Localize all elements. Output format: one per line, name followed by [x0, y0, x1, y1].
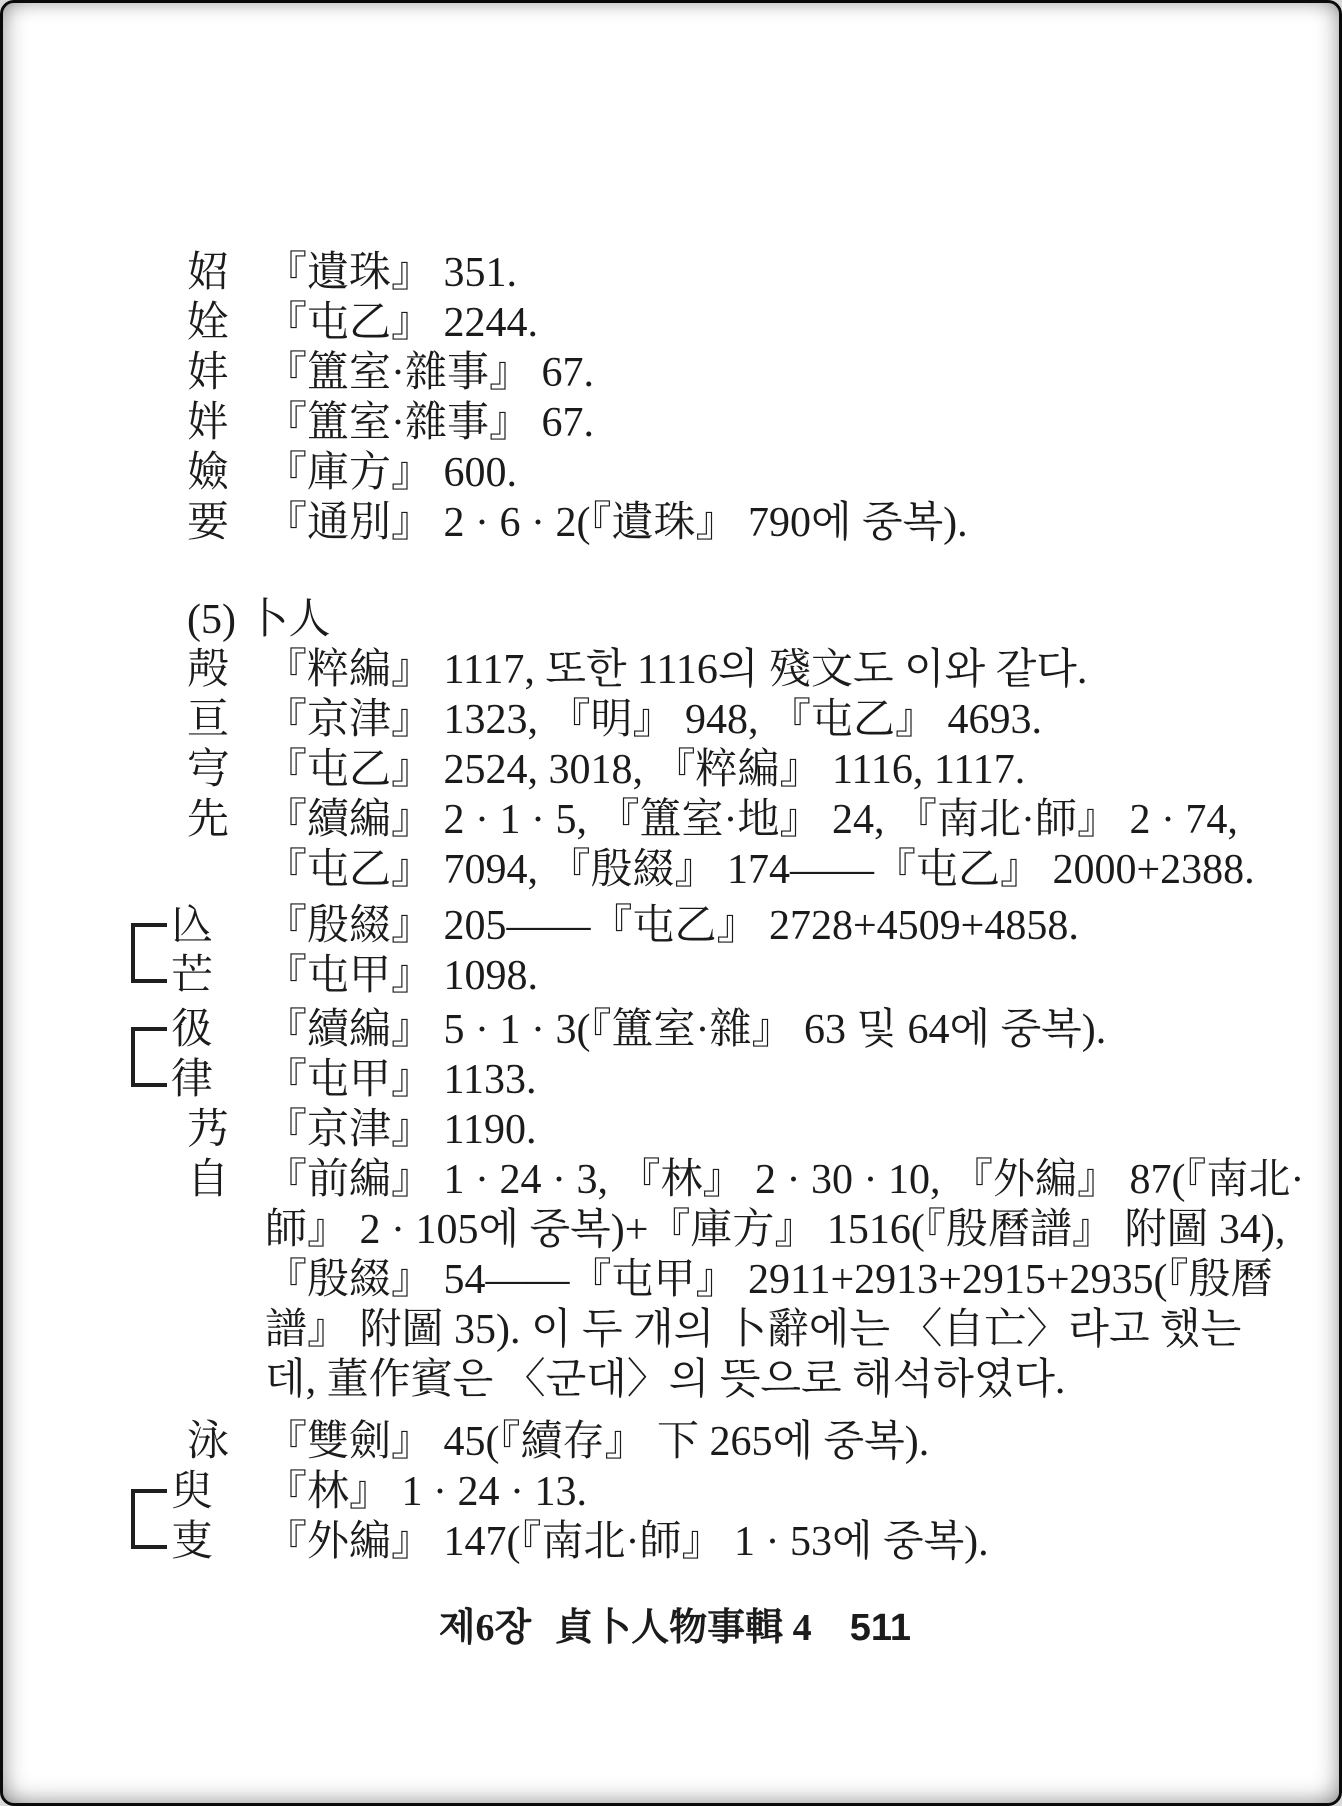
- entry-row: 妦 『簠室·雜事』 67.: [3, 348, 1339, 398]
- entry-headword: 自: [187, 1155, 265, 1405]
- entry-citation: 『屯甲』 1133.: [265, 1055, 536, 1105]
- entry-citation: 『簠室·雜事』 67.: [265, 398, 594, 448]
- entry-row: 兦 『殷綴』 205——『屯乙』 2728+4509+4858.: [3, 901, 1339, 951]
- citation-line: 『屯乙』 7094, 『殷綴』 174——『屯乙』 2000+2388.: [265, 845, 1255, 895]
- entry-headword: 臾: [171, 1467, 265, 1517]
- entry-citation: 『前編』 1 · 24 · 3, 『林』 2 · 30 · 10, 『外編』 8…: [265, 1155, 1304, 1405]
- citation-line: 『遺珠』 351.: [265, 248, 517, 298]
- entry-citation: 『粹編』 1117, 또한 1116의 殘文도 이와 같다.: [265, 645, 1087, 695]
- footer-book-title: 貞卜人物事輯 4: [555, 1607, 812, 1649]
- entry-headword: 殸: [187, 645, 265, 695]
- entry-headword: 芒: [171, 951, 265, 1001]
- entry-headword: 宆: [187, 745, 265, 795]
- entry-headword: 律: [171, 1055, 265, 1105]
- entry-row: 宆 『屯乙』 2524, 3018, 『粹編』 1116, 1117.: [3, 745, 1339, 795]
- variant-pair-bracket: [131, 923, 167, 983]
- entry-headword: 兦: [171, 901, 265, 951]
- entry-citation: 『遺珠』 351.: [265, 248, 517, 298]
- page-text-block: 妱 『遺珠』 351. 姾 『屯乙』 2244. 妦 『簠室·雜事』 67. 姅…: [3, 248, 1339, 1567]
- citation-line: 『京津』 1190.: [265, 1105, 536, 1155]
- scanned-book-page: 妱 『遺珠』 351. 姾 『屯乙』 2244. 妦 『簠室·雜事』 67. 姅…: [0, 0, 1342, 1806]
- entry-row: 泳 『雙劍』 45(『續存』 下 265에 중복).: [3, 1417, 1339, 1467]
- entry-citation: 『外編』 147(『南北·師』 1 · 53에 중복).: [265, 1517, 989, 1567]
- entry-headword: 嬐: [187, 448, 265, 498]
- citation-line: 『京津』 1323, 『明』 948, 『屯乙』 4693.: [265, 695, 1042, 745]
- entry-headword: 要: [187, 498, 265, 548]
- entry-row: 姅 『簠室·雜事』 67.: [3, 398, 1339, 448]
- entry-row: 亘 『京津』 1323, 『明』 948, 『屯乙』 4693.: [3, 695, 1339, 745]
- citation-line: 『屯乙』 2244.: [265, 298, 538, 348]
- entry-headword: 妦: [187, 348, 265, 398]
- variant-pair-bracket: [131, 1027, 167, 1087]
- entry-citation: 『續編』 2 · 1 · 5, 『簠室·地』 24, 『南北·師』 2 · 74…: [265, 795, 1255, 895]
- citation-line: 『續編』 2 · 1 · 5, 『簠室·地』 24, 『南北·師』 2 · 74…: [265, 795, 1255, 845]
- entry-citation: 『通別』 2 · 6 · 2(『遺珠』 790에 중복).: [265, 498, 968, 548]
- citation-line: 『雙劍』 45(『續存』 下 265에 중복).: [265, 1417, 929, 1467]
- entry-row: 芒 『屯甲』 1098.: [3, 951, 1339, 1001]
- section-heading: (5) 卜人: [3, 595, 1339, 645]
- page-footer: 제6장貞卜人物事輯 4511: [3, 1603, 911, 1653]
- entry-headword: 彶: [171, 1005, 265, 1055]
- entry-headword: 妱: [187, 248, 265, 298]
- entry-headword: 姾: [187, 298, 265, 348]
- entry-row: 臾 『林』 1 · 24 · 13.: [3, 1467, 1339, 1517]
- citation-line: 『粹編』 1117, 또한 1116의 殘文도 이와 같다.: [265, 645, 1087, 695]
- entry-citation: 『林』 1 · 24 · 13.: [265, 1467, 587, 1517]
- citation-line: 『通別』 2 · 6 · 2(『遺珠』 790에 중복).: [265, 498, 968, 548]
- citation-line: 『林』 1 · 24 · 13.: [265, 1467, 587, 1517]
- entry-row: 殸 『粹編』 1117, 또한 1116의 殘文도 이와 같다.: [3, 645, 1339, 695]
- citation-line: 『屯甲』 1098.: [265, 951, 538, 1001]
- footer-page-number: 511: [850, 1607, 911, 1649]
- entry-citation: 『屯乙』 2524, 3018, 『粹編』 1116, 1117.: [265, 745, 1025, 795]
- entry-row: 姾 『屯乙』 2244.: [3, 298, 1339, 348]
- citation-line: 데, 董作賓은 〈군대〉의 뜻으로 해석하였다.: [265, 1355, 1304, 1405]
- citation-line: 『庫方』 600.: [265, 448, 517, 498]
- entry-row: 律 『屯甲』 1133.: [3, 1055, 1339, 1105]
- entry-citation: 『屯乙』 2244.: [265, 298, 538, 348]
- entry-citation: 『京津』 1323, 『明』 948, 『屯乙』 4693.: [265, 695, 1042, 745]
- entry-headword: 先: [187, 795, 265, 895]
- citation-line: 『屯甲』 1133.: [265, 1055, 536, 1105]
- entry-row: 叓 『外編』 147(『南北·師』 1 · 53에 중복).: [3, 1517, 1339, 1567]
- citation-line: 『殷綴』 205——『屯乙』 2728+4509+4858.: [265, 901, 1079, 951]
- entry-row: 要 『通別』 2 · 6 · 2(『遺珠』 790에 중복).: [3, 498, 1339, 548]
- entry-citation: 『雙劍』 45(『續存』 下 265에 중복).: [265, 1417, 929, 1467]
- entry-row: 先 『續編』 2 · 1 · 5, 『簠室·地』 24, 『南北·師』 2 · …: [3, 795, 1339, 895]
- variant-pair-bracket: [131, 1489, 167, 1549]
- entry-row: 彶 『續編』 5 · 1 · 3(『簠室·雜』 63 및 64에 중복).: [3, 1005, 1339, 1055]
- citation-line: 『殷綴』 54——『屯甲』 2911+2913+2915+2935(『殷曆: [265, 1255, 1304, 1305]
- citation-line: 『前編』 1 · 24 · 3, 『林』 2 · 30 · 10, 『外編』 8…: [265, 1155, 1304, 1205]
- entry-row: 艿 『京津』 1190.: [3, 1105, 1339, 1155]
- variant-pair-group: 臾 『林』 1 · 24 · 13. 叓 『外編』 147(『南北·師』 1 ·…: [3, 1467, 1339, 1567]
- entry-citation: 『殷綴』 205——『屯乙』 2728+4509+4858.: [265, 901, 1079, 951]
- entry-citation: 『庫方』 600.: [265, 448, 517, 498]
- citation-line: 『外編』 147(『南北·師』 1 · 53에 중복).: [265, 1517, 989, 1567]
- citation-line: 譜』 附圖 35). 이 두 개의 卜辭에는 〈自亡𡆥〉라고 했는: [265, 1305, 1304, 1355]
- citation-line: 『續編』 5 · 1 · 3(『簠室·雜』 63 및 64에 중복).: [265, 1005, 1106, 1055]
- variant-pair-group: 彶 『續編』 5 · 1 · 3(『簠室·雜』 63 및 64에 중복). 律 …: [3, 1005, 1339, 1105]
- entry-row: 妱 『遺珠』 351.: [3, 248, 1339, 298]
- entry-citation: 『續編』 5 · 1 · 3(『簠室·雜』 63 및 64에 중복).: [265, 1005, 1106, 1055]
- entry-row: 自 『前編』 1 · 24 · 3, 『林』 2 · 30 · 10, 『外編』…: [3, 1155, 1339, 1405]
- citation-line: 『簠室·雜事』 67.: [265, 398, 594, 448]
- citation-line: 『屯乙』 2524, 3018, 『粹編』 1116, 1117.: [265, 745, 1025, 795]
- entry-headword: 亘: [187, 695, 265, 745]
- citation-line: 師』 2 · 105에 중복)+『庫方』 1516(『殷曆譜』 附圖 34),: [265, 1205, 1304, 1255]
- entry-headword: 泳: [187, 1417, 265, 1467]
- entry-citation: 『京津』 1190.: [265, 1105, 536, 1155]
- entry-headword: 艿: [187, 1105, 265, 1155]
- footer-chapter-label: 제6장: [439, 1607, 531, 1649]
- entry-headword: 姅: [187, 398, 265, 448]
- entry-citation: 『屯甲』 1098.: [265, 951, 538, 1001]
- entry-citation: 『簠室·雜事』 67.: [265, 348, 594, 398]
- entry-row: 嬐 『庫方』 600.: [3, 448, 1339, 498]
- variant-pair-group: 兦 『殷綴』 205——『屯乙』 2728+4509+4858. 芒 『屯甲』 …: [3, 901, 1339, 1001]
- entry-headword: 叓: [171, 1517, 265, 1567]
- citation-line: 『簠室·雜事』 67.: [265, 348, 594, 398]
